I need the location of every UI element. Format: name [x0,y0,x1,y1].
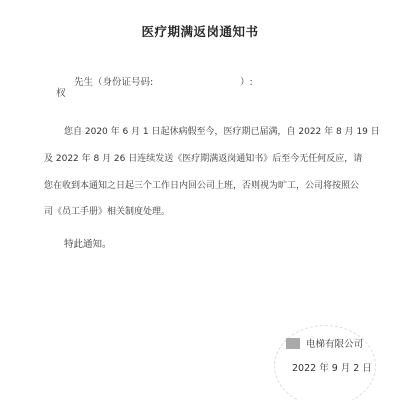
body-line-4: 司《员工手册》相关制度处理。 [44,204,170,217]
body-line-3: 您在收到本通知之日起三个工作日内回公司上班，否则视为旷工，公司将按照公 [44,178,359,191]
recipient-name: 杈 [56,88,66,99]
salutation-honorific: 先生（身份证号码: [74,74,153,88]
salutation: 杈 [44,74,66,110]
signature-date: 2022 年 9 月 2 日 [292,360,372,374]
body-line-2: 及 2022 年 8 月 26 日连续发送《医疗期满返岗通知书》后至今无任何反应… [44,151,362,164]
salutation-end: ）: [240,74,253,88]
signature-company: 电梯有限公司 [286,336,363,350]
document-title: 医疗期满返岗通知书 [0,22,400,40]
company-name: 电梯有限公司 [306,336,363,350]
body-line-1: 您自 2020 年 6 月 1 日起休病假至今，医疗期已届满，自 2022 年 … [64,124,380,137]
redacted-block [286,338,300,349]
closing-text: 特此通知。 [64,236,112,250]
